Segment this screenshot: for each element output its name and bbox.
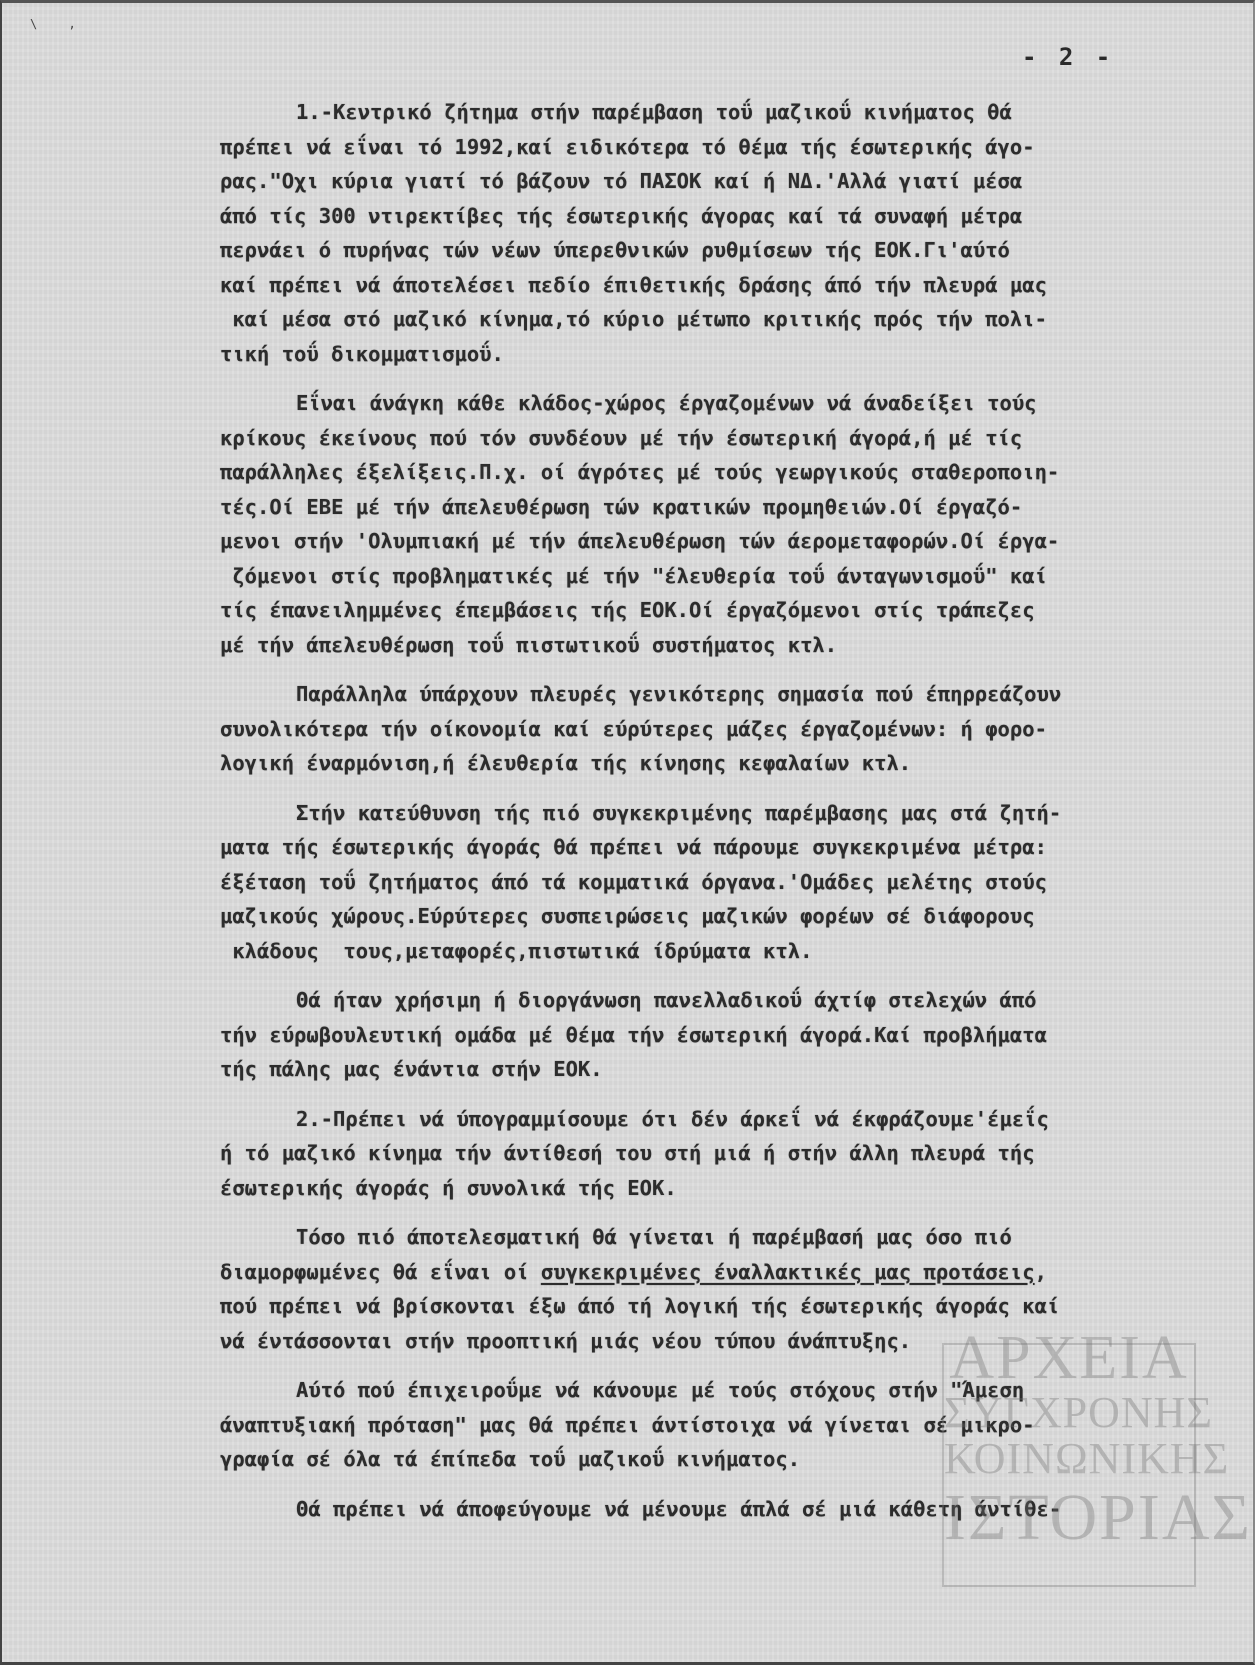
text-line: τές.Οί ΕΒΕ μέ τήν άπελευθέρωση τών κρατι… xyxy=(220,490,1250,525)
scanned-page: \ , - 2 - 1.-Κεντρικό ζήτημα στήν παρέμβ… xyxy=(0,0,1255,1665)
page-number: - 2 - xyxy=(1022,43,1114,71)
text-line: Τόσο πιό άποτελεσματική θά γίνεται ή παρ… xyxy=(220,1220,1250,1255)
text-line: τική τοΰ δικομματισμοΰ. xyxy=(220,337,1250,372)
document-body: 1.-Κεντρικό ζήτημα στήν παρέμβαση τοΰ μα… xyxy=(220,95,1250,1541)
text-line: έσωτερικής άγοράς ή συνολικά τής ΕΟΚ. xyxy=(220,1171,1250,1206)
paragraph-2: Εΐναι άνάγκη κάθε κλάδος-χώρος έργαζομέν… xyxy=(220,386,1250,662)
text-line: τήν εύρωβουλευτική ομάδα μέ θέμα τήν έσω… xyxy=(220,1018,1250,1053)
paragraph-9: Θά πρέπει νά άποφεύγουμε νά μένουμε άπλά… xyxy=(220,1492,1250,1527)
text-line: Θά πρέπει νά άποφεύγουμε νά μένουμε άπλά… xyxy=(220,1492,1250,1527)
text-segment: διαμορφωμένες θά εΐναι οί xyxy=(220,1260,541,1284)
text-segment: , xyxy=(1035,1260,1047,1284)
text-line: μαζικούς χώρους.Εύρύτερες συσπειρώσεις μ… xyxy=(220,899,1250,934)
text-line: Θά ήταν χρήσιμη ή διοργάνωση πανελλαδικο… xyxy=(220,983,1250,1018)
text-line: κλάδους τους,μεταφορές,πιστωτικά ίδρύματ… xyxy=(220,934,1250,969)
text-line: ζόμενοι στίς προβληματικές μέ τήν "έλευθ… xyxy=(220,559,1250,594)
paragraph-7: Τόσο πιό άποτελεσματική θά γίνεται ή παρ… xyxy=(220,1220,1250,1358)
text-line: περνάει ό πυρήνας τών νέων ύπερεθνικών ρ… xyxy=(220,233,1250,268)
text-line: ή τό μαζικό κίνημα τήν άντίθεσή του στή … xyxy=(220,1136,1250,1171)
text-line: νά έντάσσονται στήν προοπτική μιάς νέου … xyxy=(220,1324,1250,1359)
text-line: μενοι στήν 'Ολυμπιακή μέ τήν άπελευθέρωσ… xyxy=(220,524,1250,559)
underlined-phrase: συγκεκριμένες έναλλακτικές μας προτάσεις xyxy=(541,1260,1035,1284)
paragraph-6: 2.-Πρέπει νά ύπογραμμίσουμε ότι δέν άρκε… xyxy=(220,1102,1250,1206)
text-line: Εΐναι άνάγκη κάθε κλάδος-χώρος έργαζομέν… xyxy=(220,386,1250,421)
text-line: παράλληλες έξελίξεις.Π.χ. οί άγρότες μέ … xyxy=(220,455,1250,490)
text-line: κρίκους έκείνους πού τόν συνδέουν μέ τήν… xyxy=(220,421,1250,456)
text-line: ρας."Οχι κύρια γιατί τό βάζουν τό ΠΑΣΟΚ … xyxy=(220,164,1250,199)
paragraph-4: Στήν κατεύθυνση τής πιό συγκεκριμένης πα… xyxy=(220,796,1250,969)
text-line: καί μέσα στό μαζικό κίνημα,τό κύριο μέτω… xyxy=(220,302,1250,337)
text-line: μέ τήν άπελευθέρωση τοΰ πιστωτικοΰ συστή… xyxy=(220,628,1250,663)
text-line: 2.-Πρέπει νά ύπογραμμίσουμε ότι δέν άρκε… xyxy=(220,1102,1250,1137)
text-line: Αύτό πού έπιχειροΰμε νά κάνουμε μέ τούς … xyxy=(220,1373,1250,1408)
text-line: καί πρέπει νά άποτελέσει πεδίο έπιθετική… xyxy=(220,268,1250,303)
corner-marks: \ , xyxy=(30,17,88,31)
text-line: ματα τής έσωτερικής άγοράς θά πρέπει νά … xyxy=(220,830,1250,865)
text-line: λογική έναρμόνιση,ή έλευθερία τής κίνηση… xyxy=(220,746,1250,781)
paragraph-8: Αύτό πού έπιχειροΰμε νά κάνουμε μέ τούς … xyxy=(220,1373,1250,1477)
text-line: Παράλληλα ύπάρχουν πλευρές γενικότερης σ… xyxy=(220,677,1250,712)
text-line: άναπτυξιακή πρόταση" μας θά πρέπει άντίσ… xyxy=(220,1408,1250,1443)
paragraph-5: Θά ήταν χρήσιμη ή διοργάνωση πανελλαδικο… xyxy=(220,983,1250,1087)
text-line: τής πάλης μας ένάντια στήν ΕΟΚ. xyxy=(220,1052,1250,1087)
text-line: πού πρέπει νά βρίσκονται έξω άπό τή λογι… xyxy=(220,1289,1250,1324)
text-line: άπό τίς 300 ντιρεκτίβες τής έσωτερικής ά… xyxy=(220,199,1250,234)
text-line: πρέπει νά εΐναι τό 1992,καί ειδικότερα τ… xyxy=(220,130,1250,165)
text-line: γραφία σέ όλα τά έπίπεδα τοΰ μαζικοΰ κιν… xyxy=(220,1442,1250,1477)
paragraph-1: 1.-Κεντρικό ζήτημα στήν παρέμβαση τοΰ μα… xyxy=(220,95,1250,371)
text-line: Στήν κατεύθυνση τής πιό συγκεκριμένης πα… xyxy=(220,796,1250,831)
text-line: συνολικότερα τήν οίκονομία καί εύρύτερες… xyxy=(220,712,1250,747)
text-line: τίς έπανειλημμένες έπεμβάσεις τής ΕΟΚ.Οί… xyxy=(220,593,1250,628)
text-line: 1.-Κεντρικό ζήτημα στήν παρέμβαση τοΰ μα… xyxy=(220,95,1250,130)
text-line: διαμορφωμένες θά εΐναι οί συγκεκριμένες … xyxy=(220,1255,1250,1290)
paragraph-3: Παράλληλα ύπάρχουν πλευρές γενικότερης σ… xyxy=(220,677,1250,781)
text-line: έξέταση τοΰ ζητήματος άπό τά κομματικά ό… xyxy=(220,865,1250,900)
